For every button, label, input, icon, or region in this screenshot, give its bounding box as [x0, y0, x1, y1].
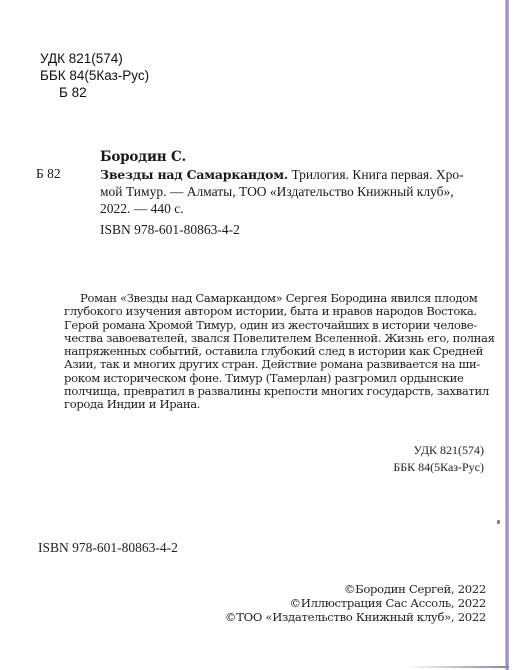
copyright-block: ©Бородин Сергей, 2022 ©Иллюстрация Сас А… — [225, 582, 486, 624]
record-author: Бородин С. — [100, 149, 186, 165]
author-mark: Б 82 — [40, 84, 149, 101]
isbn-bottom: ISBN 978-601-80863-4-2 — [38, 540, 178, 556]
bibliographic-record: Звезды над Самаркандом. Трилогия. Книга … — [100, 166, 492, 217]
record-line-2: мой Тимур. — Алматы, ТОО «Издательство К… — [100, 183, 492, 200]
bbk-code: ББК 84(5Каз-Рус) — [40, 67, 149, 84]
annotation-line: напряженных событий, оставила глубокий с… — [64, 345, 484, 358]
copyright-publisher: ©ТОО «Издательство Книжный клуб», 2022 — [225, 610, 486, 624]
copyright-illustration: ©Иллюстрация Сас Ассоль, 2022 — [225, 596, 486, 610]
annotation-line: Роман «Звезды над Самаркандом» Сергея Бо… — [64, 292, 484, 305]
record-author-mark: Б 82 — [36, 166, 61, 182]
classification-block-bottom: УДК 821(574) ББК 84(5Каз-Рус) — [393, 442, 484, 476]
page-edge-bottom — [405, 666, 509, 668]
annotation-line: города Индии и Ирана. — [64, 398, 484, 411]
udk-code: УДК 821(574) — [393, 442, 484, 459]
record-line-1: Звезды над Самаркандом. Трилогия. Книга … — [100, 166, 492, 183]
annotation-line: роком историческом фоне. Тимур (Тамерлан… — [64, 372, 484, 385]
page-edge-right — [505, 0, 509, 670]
annotation-line: глубокого изучения автором истории, быта… — [64, 305, 484, 318]
annotation-line: Азии, так и многих других стран. Действи… — [64, 358, 484, 371]
annotation-paragraph: Роман «Звезды над Самаркандом» Сергея Бо… — [64, 292, 484, 412]
book-title: Звезды над Самаркандом. — [100, 167, 288, 182]
annotation-line: полчища, превратил в развалины крепости … — [64, 385, 484, 398]
record-subtitle: Трилогия. Книга первая. Хро- — [288, 167, 464, 182]
udk-code: УДК 821(574) — [40, 50, 149, 67]
annotation-line: Герой романа Хромой Тимур, один из жесто… — [64, 319, 484, 332]
scan-speck — [497, 520, 500, 524]
record-line-3: 2022. — 440 с. — [100, 200, 492, 217]
classification-block-top: УДК 821(574) ББК 84(5Каз-Рус) Б 82 — [40, 50, 149, 101]
isbn-record: ISBN 978-601-80863-4-2 — [100, 222, 240, 238]
copyright-author: ©Бородин Сергей, 2022 — [225, 582, 486, 596]
book-imprint-page: УДК 821(574) ББК 84(5Каз-Рус) Б 82 Бород… — [0, 0, 514, 670]
bbk-code: ББК 84(5Каз-Рус) — [393, 459, 484, 476]
annotation-line: чества завоевателей, звался Повелителем … — [64, 332, 484, 345]
